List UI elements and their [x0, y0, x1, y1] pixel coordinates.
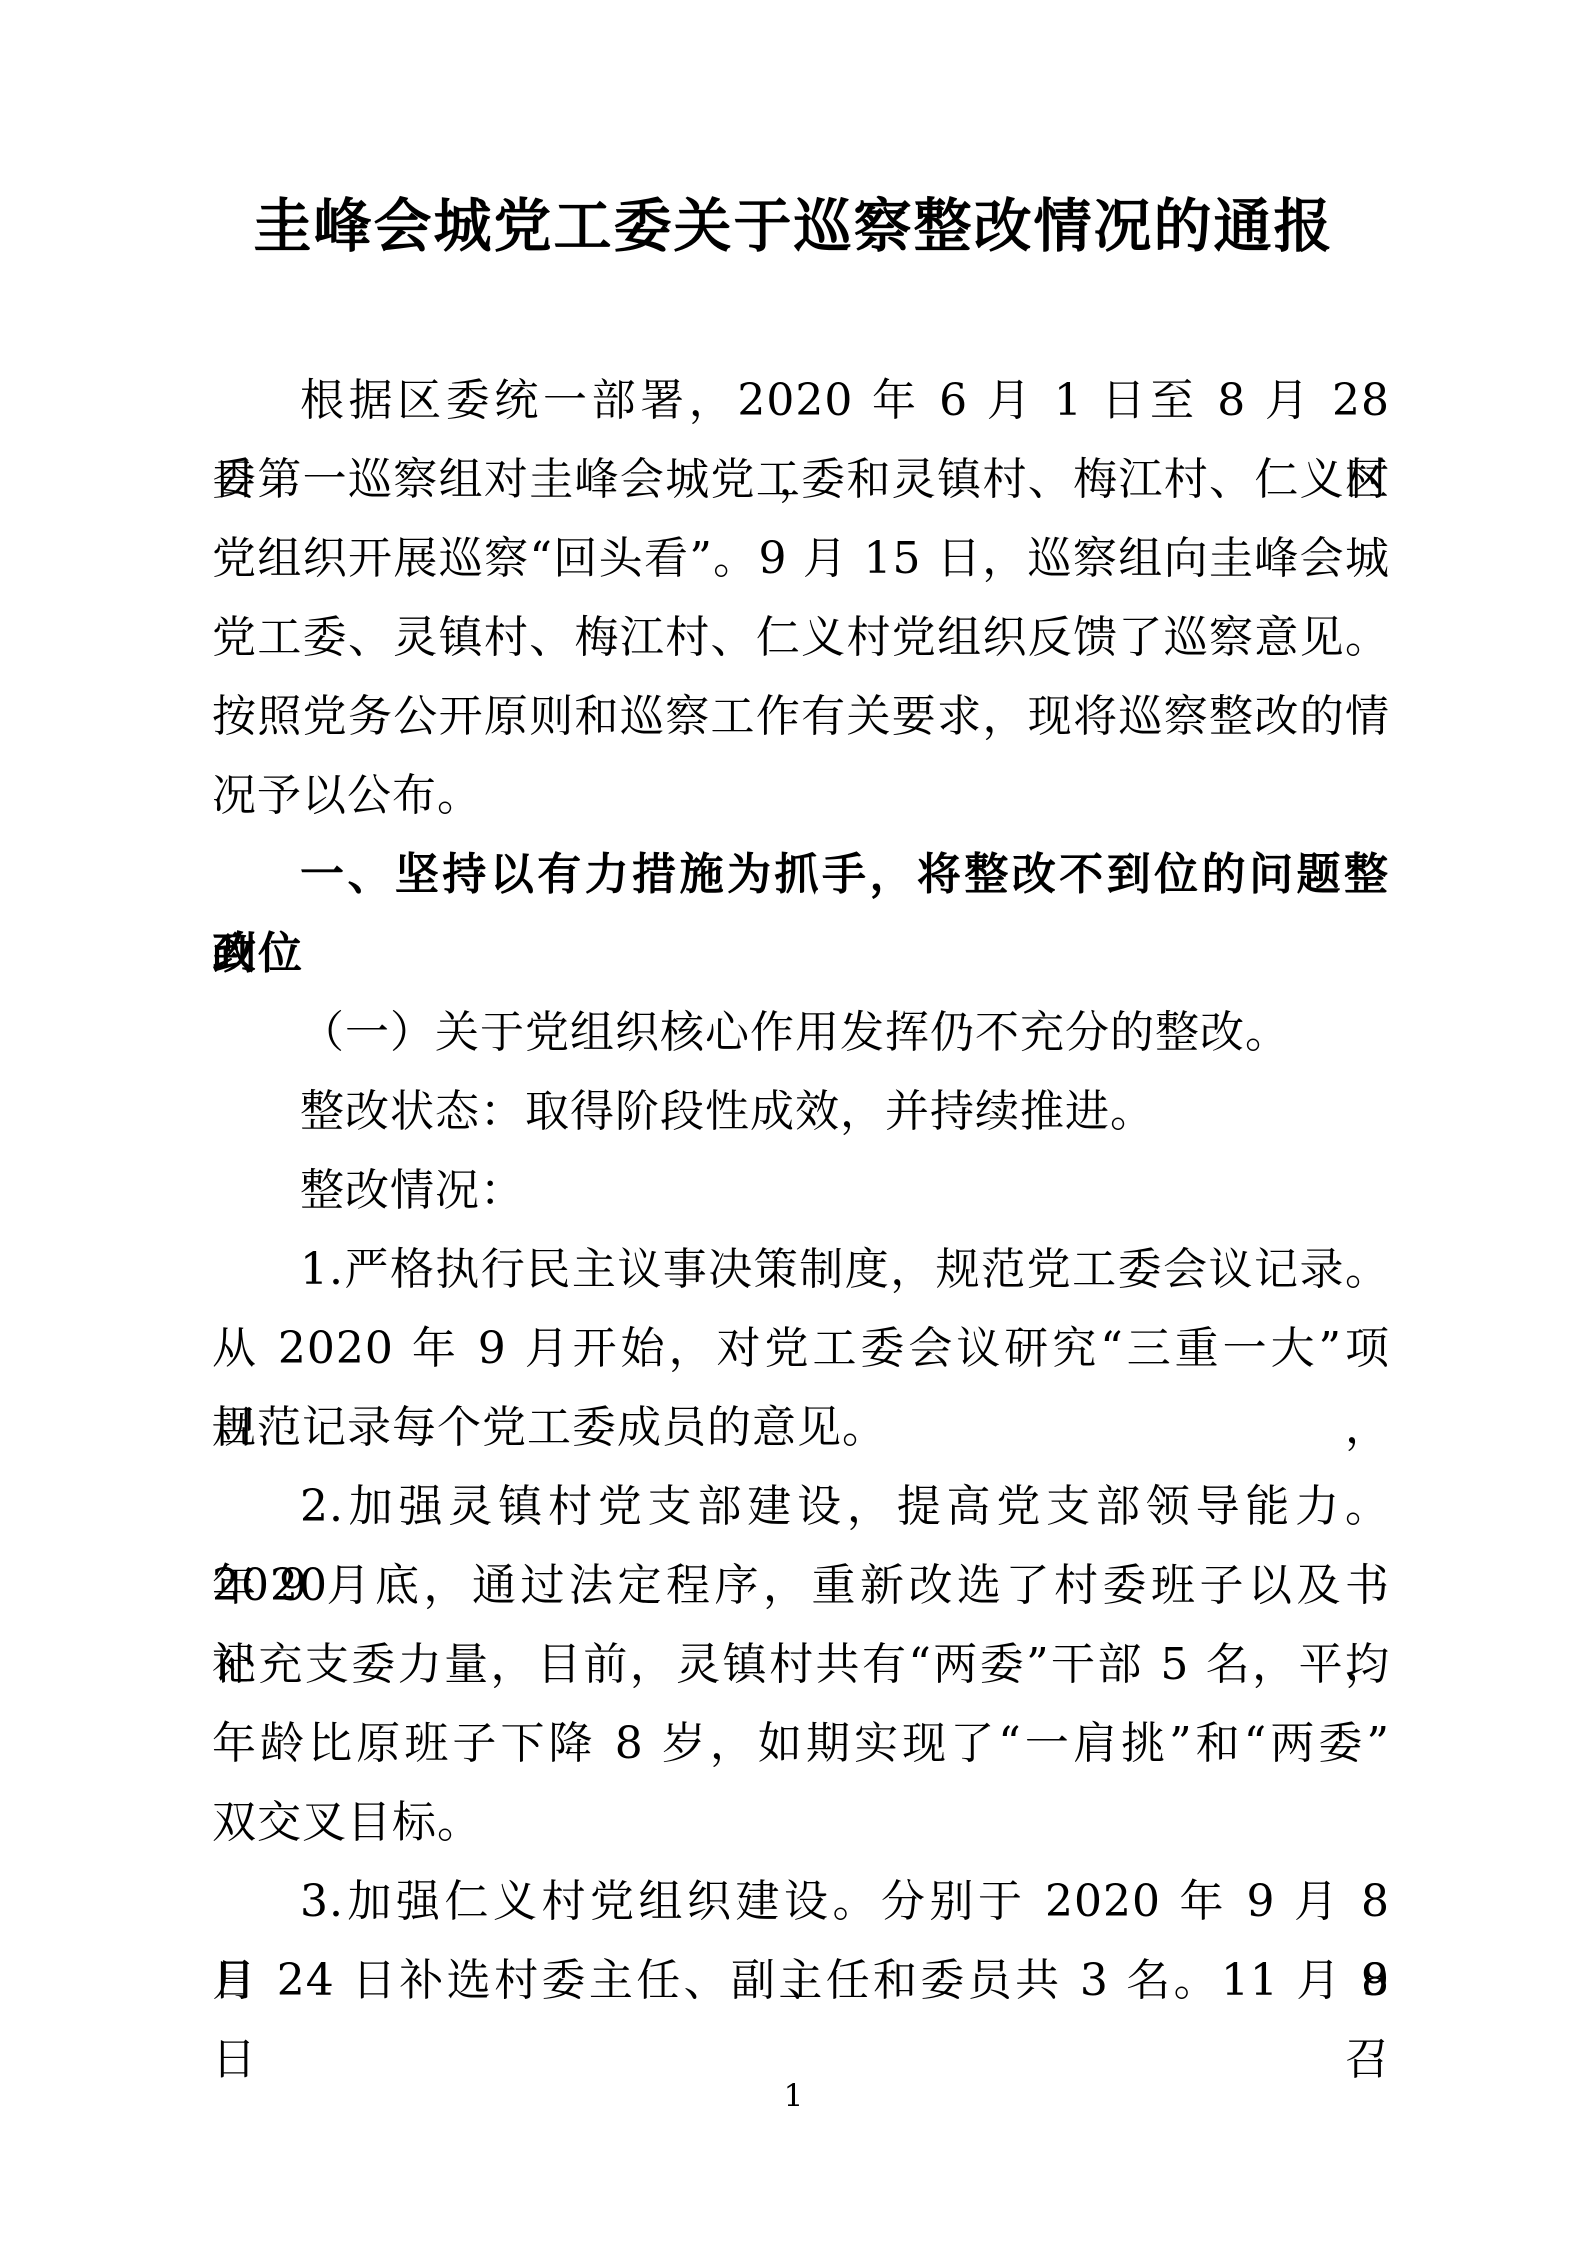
document-page: 圭峰会城党工委关于巡察整改情况的通报 根据区委统一部署，2020 年 6 月 1…: [0, 0, 1587, 2245]
item-1-line: 1.严格执行民主议事决策制度，规范党工委会议记录。: [212, 1230, 1390, 1309]
item-2-line: 2.加强灵镇村党支部建设，提高党支部领导能力。2020: [212, 1467, 1390, 1546]
intro-paragraph-line: 党工委、灵镇村、梅江村、仁义村党组织反馈了巡察意见。: [212, 598, 1390, 677]
document-title: 圭峰会城党工委关于巡察整改情况的通报: [0, 182, 1587, 270]
subsection-heading-line: （一）关于党组织核心作用发挥仍不充分的整改。: [212, 993, 1390, 1072]
item-2-line: 补充支委力量，目前，灵镇村共有“两委”干部 5 名，平均: [212, 1625, 1390, 1704]
intro-paragraph-line: 党组织开展巡察“回头看”。9 月 15 日，巡察组向圭峰会城: [212, 519, 1390, 598]
intro-paragraph-line: 委第一巡察组对圭峰会城党工委和灵镇村、梅江村、仁义村: [212, 440, 1390, 519]
item-3-line: 月 24 日补选村委主任、副主任和委员共 3 名。11 月 8 日召: [212, 1941, 1390, 2020]
item-2-line: 年龄比原班子下降 8 岁，如期实现了“一肩挑”和“两委”: [212, 1704, 1390, 1783]
intro-paragraph-line: 根据区委统一部署，2020 年 6 月 1 日至 8 月 28 日，区: [212, 361, 1390, 440]
item-1-line: 从 2020 年 9 月开始，对党工委会议研究“三重一大”项目，: [212, 1309, 1390, 1388]
item-2-line: 年 9 月底，通过法定程序，重新改选了村委班子以及书记，: [212, 1546, 1390, 1625]
rectification-intro-line: 整改情况：: [212, 1151, 1390, 1230]
intro-paragraph-line: 况予以公布。: [212, 756, 1390, 835]
section-heading-line: 一、坚持以有力措施为抓手，将整改不到位的问题整改: [212, 835, 1390, 914]
rectification-status-line: 整改状态：取得阶段性成效，并持续推进。: [212, 1072, 1390, 1151]
page-footer: 1: [0, 2076, 1587, 2116]
item-2-line: 双交叉目标。: [212, 1783, 1390, 1862]
item-3-line: 3.加强仁义村党组织建设。分别于 2020 年 9 月 8 日、9: [212, 1862, 1390, 1941]
intro-paragraph-line: 按照党务公开原则和巡察工作有关要求，现将巡察整改的情: [212, 677, 1390, 756]
section-heading-line: 到位: [212, 914, 1390, 993]
document-body: 根据区委统一部署，2020 年 6 月 1 日至 8 月 28 日，区 委第一巡…: [212, 361, 1390, 2020]
page-number: 1: [784, 2078, 804, 2114]
